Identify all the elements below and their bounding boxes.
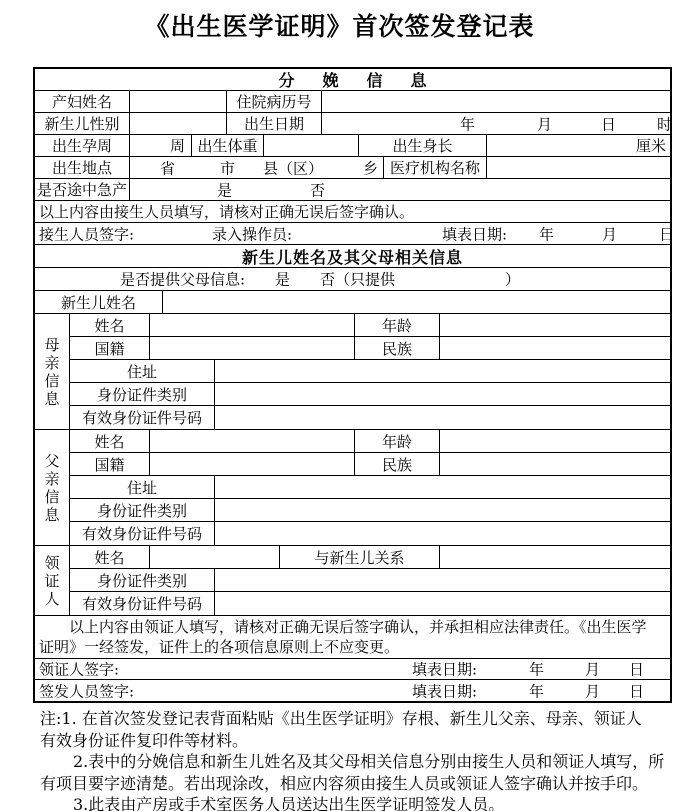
father-id-no-label: 有效身份证件号码 [70,522,215,545]
father-ethnic-label: 民族 [355,453,440,475]
emergency-row: 是否途中急产 是 否 [35,179,670,201]
birth-weight-field [264,135,359,156]
provide-no-only-option: 否（只提供 [320,269,395,290]
holder-group-label: 领证人 [44,554,61,608]
mother-name-age-row: 姓名 年龄 [70,314,670,337]
issuer-sign-label: 签发人员签字: [39,680,134,701]
cm-unit: 厘米 [487,135,670,156]
holder-group: 领证人 姓名 与新生儿关系 身份证件类别 有效身份证件号码 [35,546,670,616]
mother-name2-label: 姓名 [70,314,150,336]
holder-relation-field [440,546,670,568]
holder-name-relation-row: 姓名 与新生儿关系 [70,546,670,569]
mother-id-type-row: 身份证件类别 [70,383,670,406]
mother-id-no-row: 有效身份证件号码 [70,406,670,429]
father-name-label: 姓名 [70,430,150,452]
provide-yes-option: 是 [275,269,290,290]
father-group: 父亲信息 姓名 年龄 国籍 民族 住址 身份证件类别 [35,430,670,546]
mother-nationality-label: 国籍 [70,337,150,359]
issuer-sign-cell: 签发人员签字: 填表日期: 年 月 日 [35,680,670,701]
mother-id-type-field [215,383,670,405]
hour-unit: 时 [657,113,670,134]
footnote-line-1: 注:1. 在首次签发登记表背面粘贴《出生医学证明》存根、新生儿父亲、母亲、领证人 [40,708,658,730]
week-unit: 周 [130,135,192,156]
gestation-label: 出生孕周 [35,135,130,156]
issuer-fill-date-label: 填表日期: [412,680,477,701]
newborn-name-field [163,291,670,313]
mother-name2-field [150,314,355,336]
holder-id-no-field [215,592,670,615]
county-unit: 县（区） [263,157,323,178]
father-id-no-row: 有效身份证件号码 [70,522,670,545]
mother-id-no-label: 有效身份证件号码 [70,406,215,429]
father-address-row: 住址 [70,476,670,499]
township-unit: 乡 [363,157,378,178]
mother-name-field [130,91,227,112]
mother-nationality-row: 国籍 民族 [70,337,670,360]
institution-field [487,157,670,178]
delivery-fill-day-unit: 日 [659,223,670,244]
holder-relation-label: 与新生儿关系 [280,546,440,568]
father-ethnic-field [440,453,670,475]
holder-id-type-label: 身份证件类别 [70,569,215,591]
mother-id-no-field [215,406,670,429]
issuer-fill-day-unit: 日 [629,680,644,701]
holder-id-type-field [215,569,670,591]
mother-age-field [440,314,670,336]
emergency-yes-option: 是 [217,179,232,200]
holder-fill-day-unit: 日 [629,659,644,679]
provide-paren-close: ） [505,269,520,290]
footnote-line-3: 2.表中的分娩信息和新生儿姓名及其父母相关信息分别由接生人员和领证人填写，所 [40,751,658,773]
father-id-type-field [215,499,670,521]
delivery-fill-date-label: 填表日期: [442,223,507,244]
holder-fill-year-unit: 年 [529,659,544,679]
father-id-type-row: 身份证件类别 [70,499,670,522]
newborn-header-row: 新生儿姓名及其父母相关信息 [35,245,670,268]
mother-address-row: 住址 [70,360,670,383]
holder-group-label-cell: 领证人 [35,546,70,615]
delivery-fill-month-unit: 月 [602,223,617,244]
father-address-label: 住址 [70,476,215,498]
mother-address-field [215,360,670,382]
holder-name-label: 姓名 [70,546,150,568]
province-unit: 省 [160,157,175,178]
institution-label: 医疗机构名称 [384,157,487,178]
emergency-label: 是否途中急产 [35,179,130,200]
father-age-field [440,430,670,452]
month-unit: 月 [537,113,552,134]
holder-id-no-label: 有效身份证件号码 [70,592,215,615]
delivery-verify-note: 以上内容由接生人员填写，请核对正确无误后签字确认。 [35,201,670,222]
delivery-section-header: 分娩信息 [35,69,670,90]
father-age-label: 年龄 [355,430,440,452]
newborn-gender-field [130,113,227,134]
birthplace-row: 出生地点 省 市 县（区） 乡 医疗机构名称 [35,157,670,179]
birth-length-label: 出生身长 [359,135,487,156]
legal-text: 以上内容由领证人填写，请核对正确无误后签字确认，并承担相应法律责任。《出生医学证… [35,617,670,657]
father-id-no-field [215,522,670,545]
holder-sign-label: 领证人签字: [39,659,119,679]
father-group-label-cell: 父亲信息 [35,430,70,545]
footnote-line-4: 有项目要字迹清楚。若出现涂改，相应内容须由接生人员或领证人签字确认并按手印。 [40,773,658,795]
footnote-line-5: 3.此表由产房或手术室医务人员送达出生医学证明签发人员。 [40,794,658,811]
father-group-rows: 姓名 年龄 国籍 民族 住址 身份证件类别 有效身份证件号码 [70,430,670,545]
birthplace-label: 出生地点 [35,157,130,178]
mother-name-row: 产妇姓名 住院病历号 [35,91,670,113]
footnotes: 注:1. 在首次签发登记表背面粘贴《出生医学证明》存根、新生儿父亲、母亲、领证人… [40,708,658,811]
holder-sign-row: 领证人签字: 填表日期: 年 月 日 [35,659,670,680]
gender-birthdate-row: 新生儿性别 出生日期 年 月 日 时 [35,113,670,135]
father-nationality-label: 国籍 [70,453,150,475]
birthplace-field: 省 市 县（区） 乡 [130,157,384,178]
mother-name-label: 产妇姓名 [35,91,130,112]
mother-group-label-cell: 母亲信息 [35,314,70,429]
delivery-sign-row: 接生人员签字: 录入操作员: 填表日期: 年 月 日 [35,223,670,245]
father-name-age-row: 姓名 年龄 [70,430,670,453]
city-unit: 市 [220,157,235,178]
holder-fill-month-unit: 月 [585,659,600,679]
form-title: 《出生医学证明》首次签发登记表 [0,0,679,43]
holder-group-rows: 姓名 与新生儿关系 身份证件类别 有效身份证件号码 [70,546,670,615]
mother-group-label: 母亲信息 [44,336,61,408]
father-id-type-label: 身份证件类别 [70,499,215,521]
footnote-line-2: 有效身份证件复印件等材料。 [40,730,658,752]
registration-table: 分娩信息 产妇姓名 住院病历号 新生儿性别 出生日期 年 月 日 时 出生孕周 … [33,67,672,703]
father-address-field [215,476,670,498]
holder-name-field [150,546,280,568]
provide-parent-info-row: 是否提供父母信息: 是 否（只提供 ） [35,268,670,291]
holder-id-type-row: 身份证件类别 [70,569,670,592]
father-group-label: 父亲信息 [44,452,61,524]
holder-fill-date-label: 填表日期: [412,659,477,679]
emergency-no-option: 否 [310,179,325,200]
issuer-fill-month-unit: 月 [585,680,600,701]
father-nationality-field [150,453,355,475]
mother-ethnic-field [440,337,670,359]
issuer-fill-year-unit: 年 [529,680,544,701]
emergency-field: 是 否 [130,179,670,200]
newborn-name-row: 新生儿姓名 [35,291,670,314]
mother-group: 母亲信息 姓名 年龄 国籍 民族 住址 身份证件类别 [35,314,670,430]
issuer-sign-row: 签发人员签字: 填表日期: 年 月 日 [35,680,670,701]
registration-form-page: { "title": "《出生医学证明》首次签发登记表", "delivery"… [0,0,679,811]
newborn-name-label: 新生儿姓名 [35,291,163,313]
delivery-header-row: 分娩信息 [35,69,670,91]
birth-weight-label: 出生体重 [192,135,264,156]
hospital-record-field [322,91,670,112]
provide-info-label: 是否提供父母信息: [120,269,245,290]
delivery-sign-cell: 接生人员签字: 录入操作员: 填表日期: 年 月 日 [35,223,670,244]
mother-nationality-field [150,337,355,359]
mother-group-rows: 姓名 年龄 国籍 民族 住址 身份证件类别 有效身份证件号码 [70,314,670,429]
holder-id-no-row: 有效身份证件号码 [70,592,670,615]
father-name-field [150,430,355,452]
mother-ethnic-label: 民族 [355,337,440,359]
father-nationality-row: 国籍 民族 [70,453,670,476]
gestation-weight-length-row: 出生孕周 周 出生体重 出生身长 厘米 [35,135,670,157]
legal-text-row: 以上内容由领证人填写，请核对正确无误后签字确认，并承担相应法律责任。《出生医学证… [35,616,670,659]
mother-age-label: 年龄 [355,314,440,336]
midwife-sign-label: 接生人员签字: [39,223,134,244]
delivery-verify-note-row: 以上内容由接生人员填写，请核对正确无误后签字确认。 [35,201,670,223]
provide-parent-info-cell: 是否提供父母信息: 是 否（只提供 ） [35,268,670,290]
hospital-record-label: 住院病历号 [227,91,322,112]
mother-id-type-label: 身份证件类别 [70,383,215,405]
holder-sign-cell: 领证人签字: 填表日期: 年 月 日 [35,659,670,679]
newborn-gender-label: 新生儿性别 [35,113,130,134]
day-unit: 日 [601,113,616,134]
delivery-fill-year-unit: 年 [539,223,554,244]
delivery-header-text: 分娩信息 [250,69,454,90]
year-unit: 年 [460,113,475,134]
newborn-section-header: 新生儿姓名及其父母相关信息 [35,245,670,267]
operator-label: 录入操作员: [212,223,292,244]
mother-address-label: 住址 [70,360,215,382]
birth-date-field: 年 月 日 时 [322,113,670,134]
birth-date-label: 出生日期 [227,113,322,134]
